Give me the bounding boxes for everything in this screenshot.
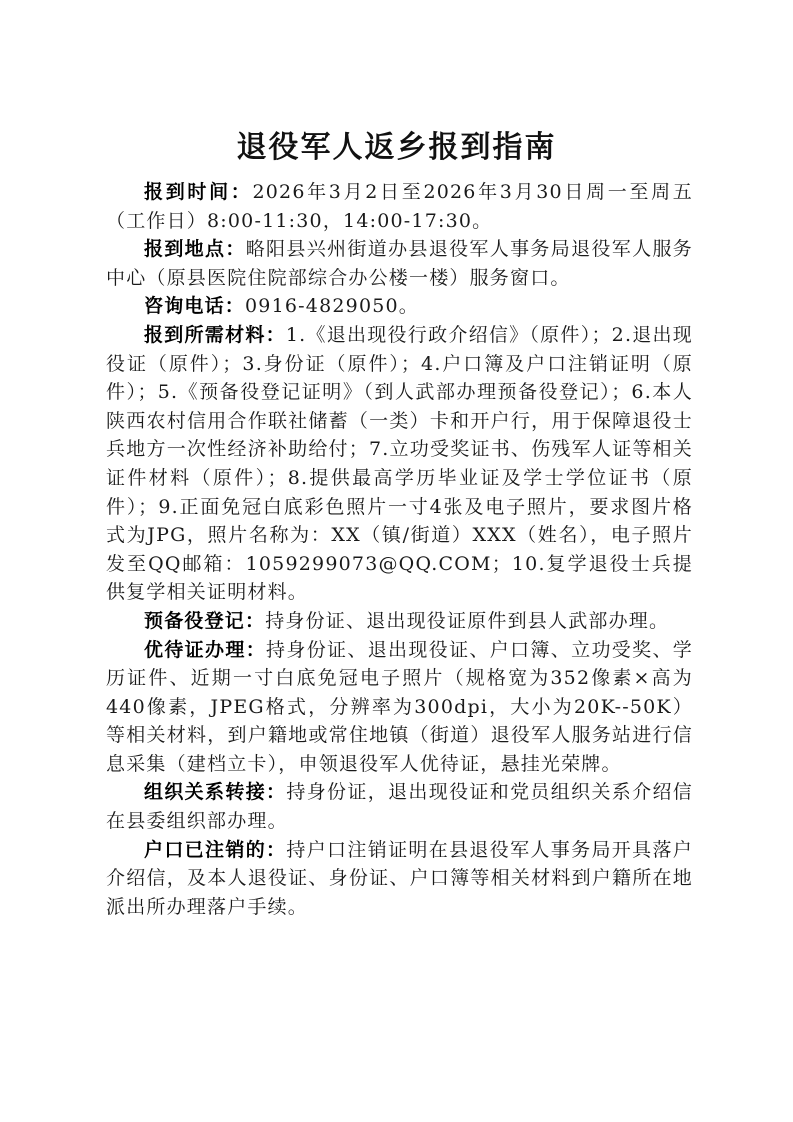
section-household-cancelled: 户口已注销的：持户口注销证明在县退役军人事务局开具落户介绍信，及本人退役证、身份…: [106, 836, 693, 922]
section-label: 优待证办理：: [144, 639, 266, 661]
section-label: 咨询电话：: [144, 295, 245, 317]
section-report-location: 报到地点：略阳县兴州街道办县退役军人事务局退役军人服务中心（原县医院住院部综合办…: [106, 235, 693, 292]
section-label: 报到所需材料：: [144, 324, 286, 346]
section-party-relation-transfer: 组织关系转接：持身份证，退出现役证和党员组织关系介绍信在县委组织部办理。: [106, 778, 693, 835]
section-label: 报到地点：: [144, 238, 246, 260]
document-body: 报到时间：2026年3月2日至2026年3月30日周一至周五（工作日）8:00-…: [106, 178, 693, 921]
document-page: 退役军人返乡报到指南 报到时间：2026年3月2日至2026年3月30日周一至周…: [0, 0, 793, 1122]
section-label: 户口已注销的：: [144, 839, 286, 861]
page-title: 退役军人返乡报到指南: [0, 128, 793, 168]
section-text: 持身份证、退出现役证原件到县人武部办理。: [265, 610, 669, 632]
section-preferential-card: 优待证办理：持身份证、退出现役证、户口簿、立功受奖、学历证件、近期一寸白底免冠电…: [106, 636, 693, 779]
section-required-materials: 报到所需材料：1.《退出现役行政介绍信》（原件）；2.退出现役证（原件）；3.身…: [106, 321, 693, 607]
section-label: 报到时间：: [144, 181, 252, 203]
section-text: 1.《退出现役行政介绍信》（原件）；2.退出现役证（原件）；3.身份证（原件）；…: [106, 324, 693, 603]
section-label: 预备役登记：: [144, 610, 265, 632]
section-text: 0916-4829050。: [245, 295, 419, 317]
section-contact-phone: 咨询电话：0916-4829050。: [106, 292, 693, 321]
section-report-time: 报到时间：2026年3月2日至2026年3月30日周一至周五（工作日）8:00-…: [106, 178, 693, 235]
section-reserve-registration: 预备役登记：持身份证、退出现役证原件到县人武部办理。: [106, 607, 693, 636]
section-label: 组织关系转接：: [144, 781, 286, 803]
